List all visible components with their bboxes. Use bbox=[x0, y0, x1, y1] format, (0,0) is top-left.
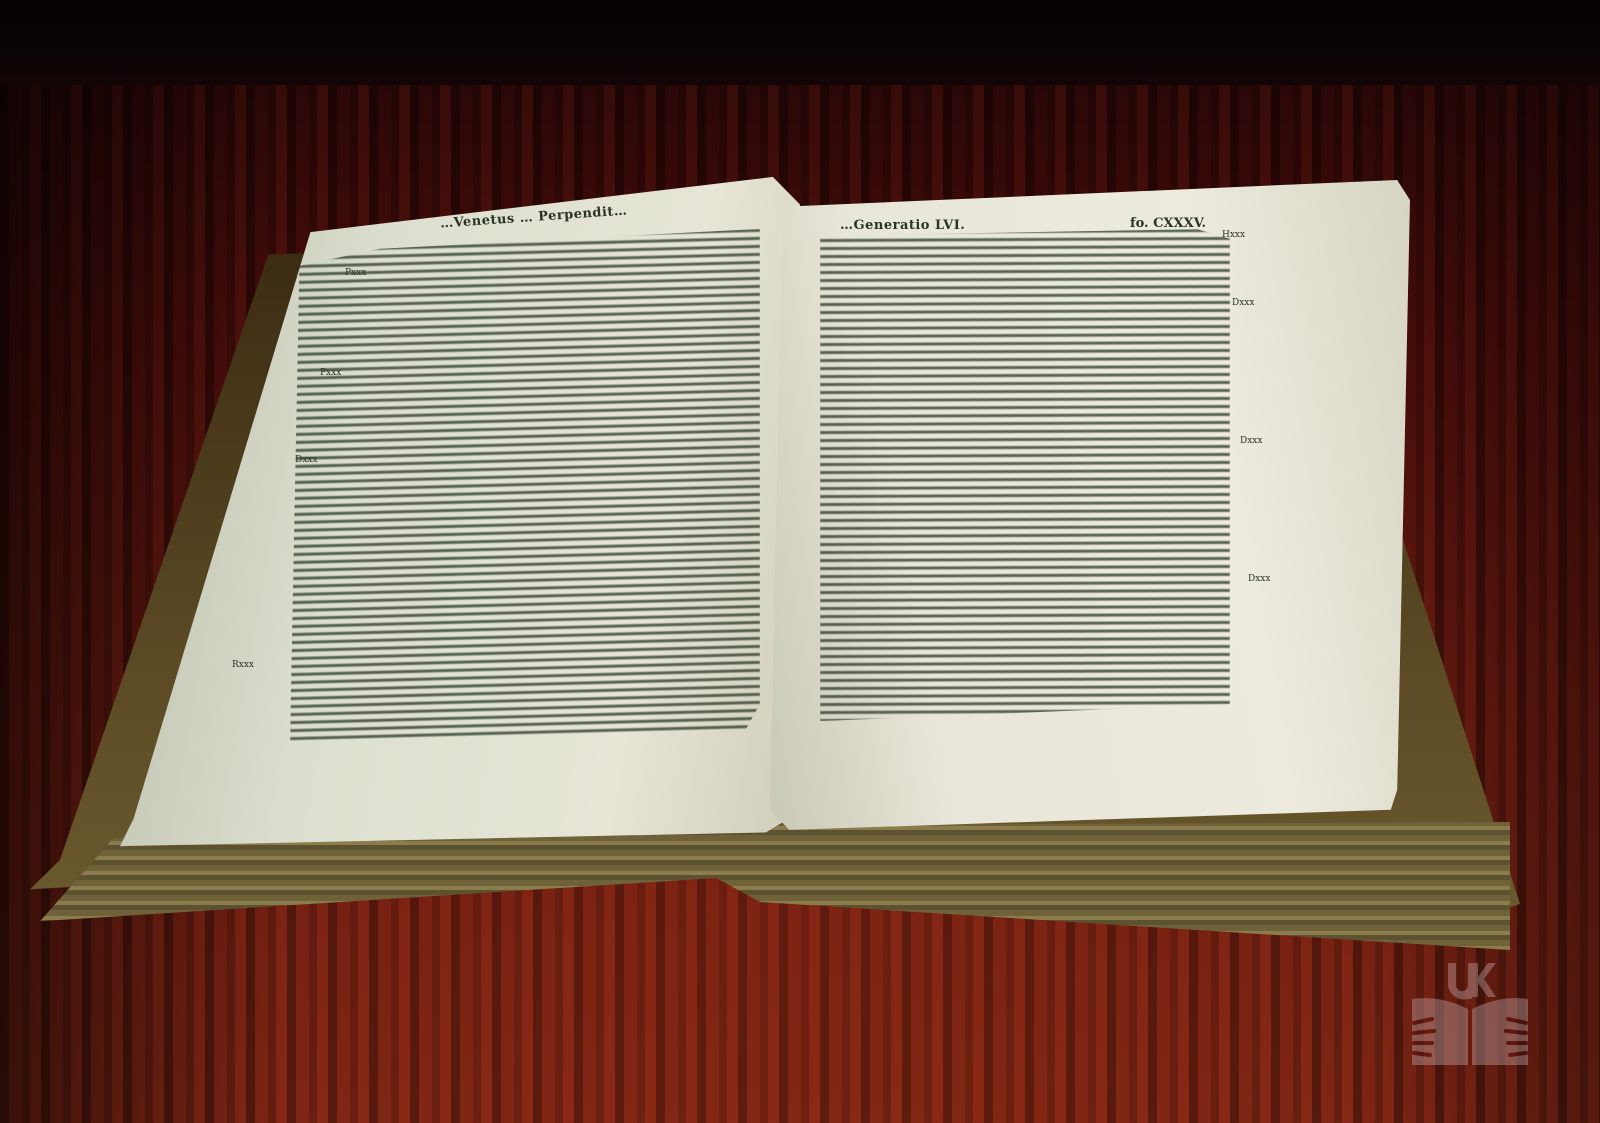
left-margin-note: Pxxx bbox=[320, 368, 368, 379]
right-margin-note: Dxxx bbox=[1248, 574, 1296, 585]
left-page-text-block bbox=[290, 229, 760, 741]
right-running-head: …Generatio LVI. bbox=[840, 218, 965, 233]
right-margin-note: Dxxx bbox=[1232, 298, 1280, 309]
uk-logo-watermark-icon bbox=[1410, 955, 1530, 1065]
right-margin-note: Dxxx bbox=[1240, 436, 1288, 447]
left-margin-note: Rxxx bbox=[232, 660, 280, 671]
left-margin-note: Dxxx bbox=[295, 455, 343, 466]
folio-number: fo. CXXXV. bbox=[1130, 216, 1206, 231]
right-margin-note: Hxxx bbox=[1222, 230, 1270, 241]
left-margin-note: Pxxx bbox=[345, 268, 393, 279]
right-page-text-block bbox=[820, 229, 1230, 721]
photo-scene: …Venetus … Perpendit… …Generatio LVI. fo… bbox=[0, 0, 1600, 1123]
